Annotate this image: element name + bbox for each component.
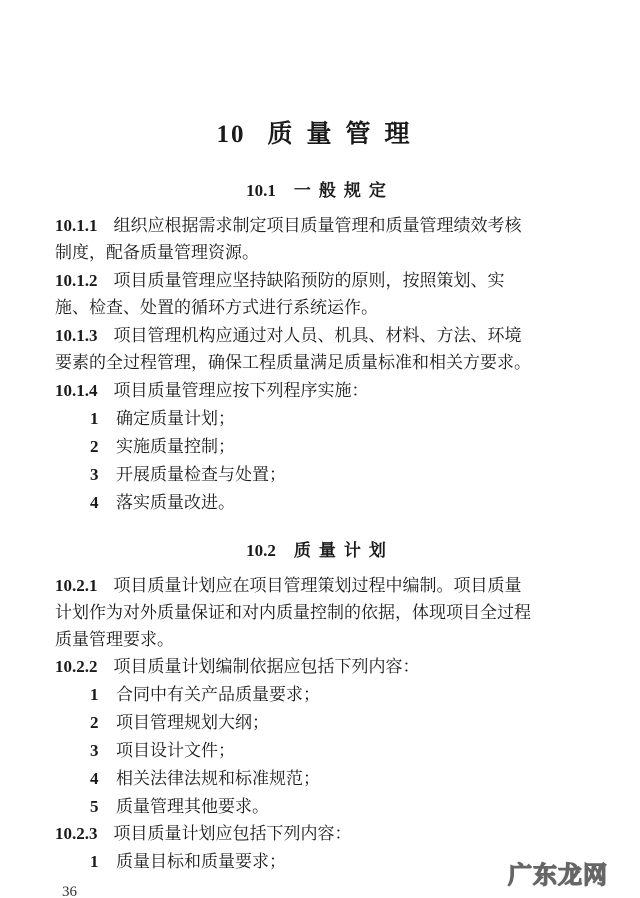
chapter-title-text: 质量管理 bbox=[267, 119, 423, 148]
item-text: 开展质量检查与处置； bbox=[116, 465, 286, 485]
clause-text: 项目质量计划应包括下列内容： bbox=[114, 824, 352, 844]
list-item: 5质量管理其他要求。 bbox=[90, 796, 269, 818]
item-text: 质量管理其他要求。 bbox=[116, 797, 269, 817]
page-number: 36 bbox=[62, 884, 77, 898]
item-number: 5 bbox=[90, 796, 116, 818]
clause-text: 项目质量管理应坚持缺陷预防的原则，按照策划、实 bbox=[114, 271, 505, 291]
item-number: 3 bbox=[90, 740, 116, 762]
item-number: 1 bbox=[90, 684, 116, 706]
clause-text: 质量管理要求。 bbox=[55, 630, 174, 650]
list-item: 2实施质量控制； bbox=[90, 436, 235, 458]
chapter-number: 10 bbox=[216, 121, 245, 148]
clause-10-1-4: 10.1.4项目质量管理应按下列程序实施： bbox=[55, 380, 369, 402]
list-item: 1质量目标和质量要求； bbox=[90, 851, 286, 873]
clause-10-2-3: 10.2.3项目质量计划应包括下列内容： bbox=[55, 823, 352, 845]
chapter-title: 10质量管理 bbox=[0, 114, 640, 150]
clause-text: 施、检查、处置的循环方式进行系统运作。 bbox=[55, 298, 378, 318]
item-number: 2 bbox=[90, 712, 116, 734]
clause-10-1-3-cont: 要素的全过程管理，确保工程质量满足质量标准和相关方要求。 bbox=[55, 352, 531, 374]
clause-text: 制度，配备质量管理资源。 bbox=[55, 243, 259, 263]
clause-10-1-2-cont: 施、检查、处置的循环方式进行系统运作。 bbox=[55, 297, 378, 319]
item-text: 质量目标和质量要求； bbox=[116, 852, 286, 872]
clause-text: 项目质量计划应在项目管理策划过程中编制。项目质量 bbox=[114, 576, 522, 596]
clause-text: 项目质量计划编制依据应包括下列内容： bbox=[114, 657, 420, 677]
clause-id: 10.1.2 bbox=[55, 271, 98, 290]
clause-10-1-1-cont: 制度，配备质量管理资源。 bbox=[55, 242, 259, 264]
clause-10-1-3: 10.1.3项目管理机构应通过对人员、机具、材料、方法、环境 bbox=[55, 325, 522, 347]
item-text: 合同中有关产品质量要求； bbox=[116, 685, 320, 705]
item-text: 项目管理规划大纲； bbox=[116, 713, 269, 733]
clause-10-1-2: 10.1.2项目质量管理应坚持缺陷预防的原则，按照策划、实 bbox=[55, 270, 505, 292]
list-item: 3项目设计文件； bbox=[90, 740, 235, 762]
list-item: 1合同中有关产品质量要求； bbox=[90, 684, 320, 706]
section-title-text: 质量计划 bbox=[294, 541, 394, 561]
clause-id: 10.2.3 bbox=[55, 824, 98, 843]
clause-10-2-1-cont: 计划作为对外质量保证和对内质量控制的依据，体现项目全过程 bbox=[55, 602, 531, 624]
watermark-logo: 广东龙网 bbox=[508, 855, 608, 890]
clause-id: 10.2.1 bbox=[55, 576, 98, 595]
item-text: 落实质量改进。 bbox=[116, 493, 235, 513]
item-text: 实施质量控制； bbox=[116, 437, 235, 457]
document-page: 10质量管理 10.1一般规定 10.1.1组织应根据需求制定项目质量管理和质量… bbox=[0, 0, 640, 898]
clause-10-2-1: 10.2.1项目质量计划应在项目管理策划过程中编制。项目质量 bbox=[55, 575, 522, 597]
clause-10-2-1-cont2: 质量管理要求。 bbox=[55, 629, 174, 651]
list-item: 4相关法律法规和标准规范； bbox=[90, 768, 320, 790]
clause-text: 组织应根据需求制定项目质量管理和质量管理绩效考核 bbox=[114, 216, 522, 236]
item-text: 确定质量计划； bbox=[116, 409, 235, 429]
section-number: 10.2 bbox=[246, 541, 276, 560]
clause-id: 10.2.2 bbox=[55, 657, 98, 676]
list-item: 4落实质量改进。 bbox=[90, 492, 235, 514]
item-number: 4 bbox=[90, 768, 116, 790]
item-number: 1 bbox=[90, 408, 116, 430]
item-number: 4 bbox=[90, 492, 116, 514]
list-item: 1确定质量计划； bbox=[90, 408, 235, 430]
section-title-10-2: 10.2质量计划 bbox=[0, 536, 640, 561]
clause-text: 项目质量管理应按下列程序实施： bbox=[114, 381, 369, 401]
item-number: 1 bbox=[90, 851, 116, 873]
section-number: 10.1 bbox=[246, 181, 276, 200]
clause-id: 10.1.4 bbox=[55, 381, 98, 400]
list-item: 3开展质量检查与处置； bbox=[90, 464, 286, 486]
clause-text: 项目管理机构应通过对人员、机具、材料、方法、环境 bbox=[114, 326, 522, 346]
clause-10-2-2: 10.2.2项目质量计划编制依据应包括下列内容： bbox=[55, 656, 420, 678]
clause-text: 计划作为对外质量保证和对内质量控制的依据，体现项目全过程 bbox=[55, 603, 531, 623]
clause-text: 要素的全过程管理，确保工程质量满足质量标准和相关方要求。 bbox=[55, 353, 531, 373]
list-item: 2项目管理规划大纲； bbox=[90, 712, 269, 734]
section-title-10-1: 10.1一般规定 bbox=[0, 176, 640, 201]
clause-id: 10.1.1 bbox=[55, 216, 98, 235]
section-title-text: 一般规定 bbox=[294, 181, 394, 201]
item-number: 3 bbox=[90, 464, 116, 486]
clause-10-1-1: 10.1.1组织应根据需求制定项目质量管理和质量管理绩效考核 bbox=[55, 215, 522, 237]
item-number: 2 bbox=[90, 436, 116, 458]
clause-id: 10.1.3 bbox=[55, 326, 98, 345]
item-text: 项目设计文件； bbox=[116, 741, 235, 761]
item-text: 相关法律法规和标准规范； bbox=[116, 769, 320, 789]
